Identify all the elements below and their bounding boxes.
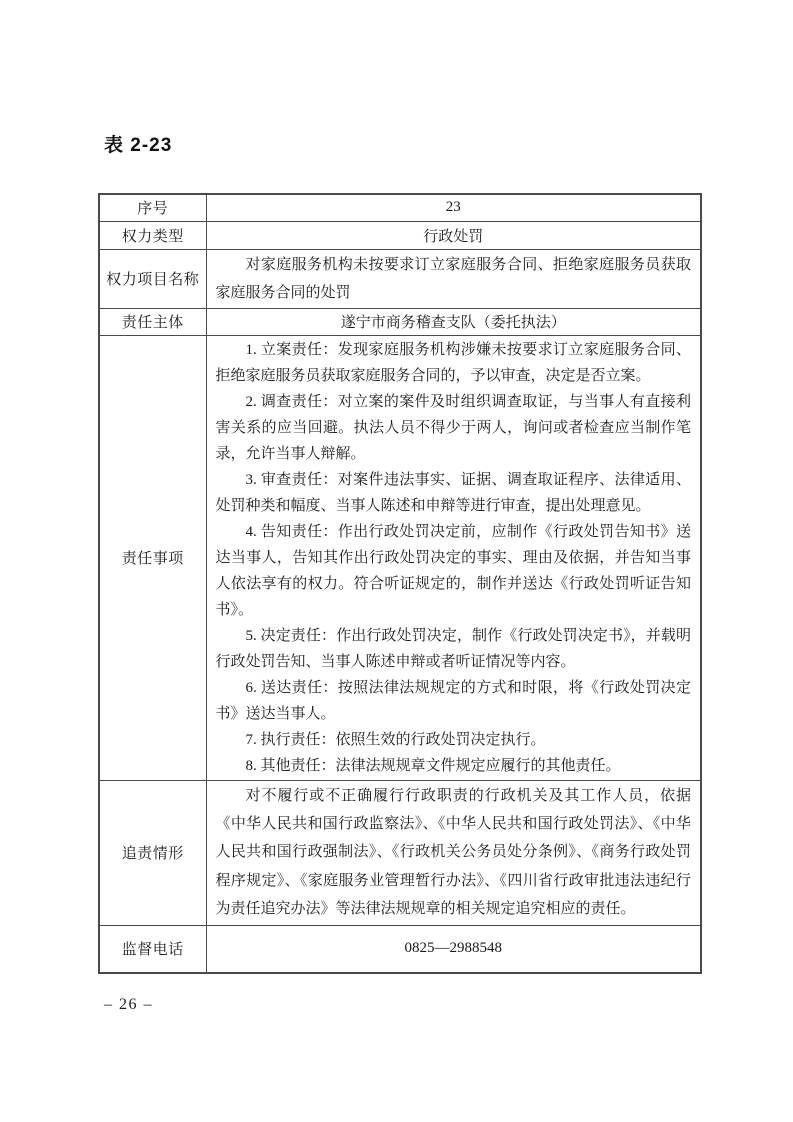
row-label-accountability-situations: 追责情形	[99, 780, 206, 925]
accountability-situations-value: 对不履行或不正确履行行政职责的行政机关及其工作人员，依据《中华人民共和国行政监察…	[206, 780, 701, 925]
power-item-name-value: 对家庭服务机构未按要求订立家庭服务合同、拒绝家庭服务员获取家庭服务合同的处罚	[206, 249, 701, 308]
table-caption: 表 2-23	[104, 130, 172, 157]
responsibility-items-value: 1. 立案责任：发现家庭服务机构涉嫌未按要求订立家庭服务合同、拒绝家庭服务员获取…	[206, 335, 701, 780]
row-label-supervision-phone: 监督电话	[99, 925, 206, 973]
table-row-responsibility-items: 责任事项 1. 立案责任：发现家庭服务机构涉嫌未按要求订立家庭服务合同、拒绝家庭…	[99, 335, 701, 780]
table-row-supervision-phone: 监督电话 0825—2988548	[99, 925, 701, 973]
row-label-responsible-subject: 责任主体	[99, 308, 206, 335]
table-row-accountability-situations: 追责情形 对不履行或不正确履行行政职责的行政机关及其工作人员，依据《中华人民共和…	[99, 780, 701, 925]
supervision-phone-value: 0825—2988548	[206, 925, 701, 973]
responsible-subject-value: 遂宁市商务稽查支队（委托执法）	[206, 308, 701, 335]
row-label-serial-number: 序号	[99, 194, 206, 221]
power-item-table: 序号 23 权力类型 行政处罚 权力项目名称 对家庭服务机构未按要求订立家庭服务…	[98, 193, 702, 974]
serial-number-value: 23	[206, 194, 701, 221]
table-row-power-type: 权力类型 行政处罚	[99, 221, 701, 249]
table-row-power-item-name: 权力项目名称 对家庭服务机构未按要求订立家庭服务合同、拒绝家庭服务员获取家庭服务…	[99, 249, 701, 308]
row-label-power-type: 权力类型	[99, 221, 206, 249]
page-number: – 26 –	[104, 996, 153, 1014]
table-row-serial-number: 序号 23	[99, 194, 701, 221]
table-row-responsible-subject: 责任主体 遂宁市商务稽查支队（委托执法）	[99, 308, 701, 335]
row-label-responsibility-items: 责任事项	[99, 335, 206, 780]
power-type-value: 行政处罚	[206, 221, 701, 249]
row-label-power-item-name: 权力项目名称	[99, 249, 206, 308]
power-item-name-text: 对家庭服务机构未按要求订立家庭服务合同、拒绝家庭服务员获取家庭服务合同的处罚	[216, 251, 692, 307]
